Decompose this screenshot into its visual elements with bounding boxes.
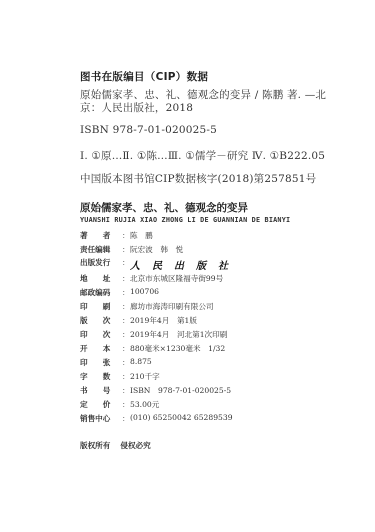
meta-value: ISBN 978-7-01-020025-5 (130, 385, 231, 396)
meta-row-edition: 版 次：2019年4月 第1版 (80, 315, 197, 326)
meta-value: 53.00元 (130, 399, 159, 410)
cip-record-number: 中国版本图书馆CIP数据核字(2018)第257851号 (80, 171, 316, 186)
cip-description-line2: 京：人民出版社，2018 (80, 100, 193, 115)
meta-value: 100706 (130, 287, 159, 298)
meta-value: 880毫米×1230毫米 1/32 (130, 343, 225, 354)
meta-row-printer: 印 刷：廊坊市海涛印刷有限公司 (80, 301, 214, 312)
meta-label: 印 刷 (80, 301, 122, 312)
cip-isbn: ISBN 978-7-01-020025-5 (80, 124, 217, 136)
meta-row-sales-center: 销售中心：(010) 65250042 65289539 (80, 413, 233, 424)
meta-value: 8.875 (130, 357, 152, 368)
meta-label: 著 者 (80, 230, 122, 241)
meta-label: 销售中心 (80, 413, 122, 424)
meta-row-price: 定 价：53.00元 (80, 399, 159, 410)
meta-label: 字 数 (80, 371, 122, 382)
meta-value: 北京市东城区隆福寺街99号 (130, 273, 223, 284)
publisher-logotype: 人民出版社 (130, 257, 240, 272)
meta-row-postcode: 邮政编码：100706 (80, 287, 159, 298)
meta-row-author: 著 者：陈 鹏 (80, 230, 153, 241)
meta-label: 书 号 (80, 385, 122, 396)
meta-label: 印 次 (80, 329, 122, 340)
meta-row-editor: 责任编辑：阮宏波 韩 悦 (80, 244, 183, 255)
meta-value: 2019年4月 河北第1次印刷 (130, 329, 227, 340)
meta-row-publisher: 出版发行：人民出版社 (80, 257, 240, 272)
book-title: 原始儒家孝、忠、礼、德观念的变异 (80, 200, 248, 215)
meta-value: (010) 65250042 65289539 (130, 413, 233, 424)
meta-row-address: 地 址：北京市东城区隆福寺街99号 (80, 273, 223, 284)
meta-label: 责任编辑 (80, 244, 122, 255)
meta-value: 阮宏波 韩 悦 (130, 244, 183, 255)
all-rights-reserved: 版权所有 (80, 441, 110, 450)
cip-classification: Ⅰ. ①原…Ⅱ. ①陈…Ⅲ. ①儒学－研究 Ⅳ. ①B222.05 (80, 148, 325, 163)
meta-row-impression: 印 次：2019年4月 河北第1次印刷 (80, 329, 227, 340)
meta-label: 印 张 (80, 357, 122, 368)
copyright-notice: 版权所有侵权必究 (80, 440, 151, 451)
book-title-pinyin: YUANSHI RUJIA XIAO ZHONG LI DE GUANNIAN … (80, 216, 290, 224)
meta-label: 出版发行 (80, 257, 122, 272)
meta-value: 2019年4月 第1版 (130, 315, 197, 326)
meta-label: 地 址 (80, 273, 122, 284)
meta-label: 邮政编码 (80, 287, 122, 298)
meta-value: 廊坊市海涛印刷有限公司 (130, 301, 214, 312)
meta-row-book-number: 书 号：ISBN 978-7-01-020025-5 (80, 385, 231, 396)
meta-label: 版 次 (80, 315, 122, 326)
meta-value: 210千字 (130, 371, 160, 382)
meta-value: 陈 鹏 (130, 230, 153, 241)
meta-row-word-count: 字 数：210千字 (80, 371, 160, 382)
meta-row-sheets: 印 张：8.875 (80, 357, 152, 368)
cip-heading: 图书在版编目（CIP）数据 (80, 69, 208, 84)
meta-label: 定 价 (80, 399, 122, 410)
meta-row-format: 开 本：880毫米×1230毫米 1/32 (80, 343, 225, 354)
meta-label: 开 本 (80, 343, 122, 354)
infringement-warning: 侵权必究 (120, 441, 150, 450)
